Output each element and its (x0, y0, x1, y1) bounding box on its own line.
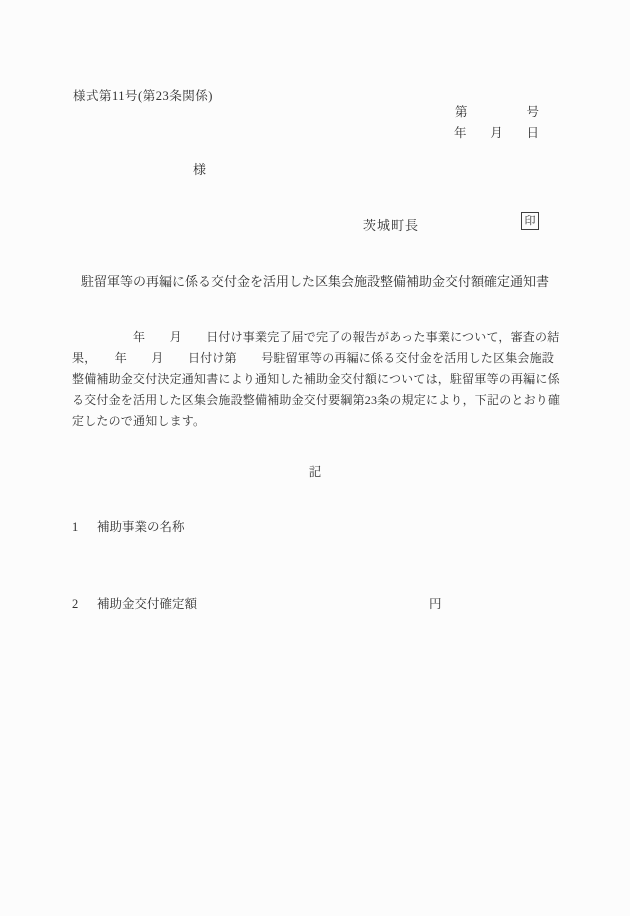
sender-title: 茨城町長 (363, 215, 419, 234)
addressee-honorific: 様 (193, 159, 206, 178)
item-2-unit-label: 円 (429, 594, 442, 612)
body-line-4: る交付金を活用した区集会施設整備補助金交付要綱第23条の規定により，下記のとおり… (72, 390, 562, 411)
date-day-label: 日 (526, 123, 539, 141)
doc-number-suffix: 号 (526, 102, 539, 120)
date-year-label: 年 (454, 123, 467, 141)
document-page: 様式第11号(第23条関係) 第 号 年 月 日 様 茨城町長 印 駐留軍等の再… (0, 0, 630, 916)
body-line-2: 果， 年 月 日付け第 号駐留軍等の再編に係る交付金を活用した区集会施設 (72, 348, 562, 369)
item-1-number: 1 (72, 520, 97, 535)
seal-placeholder-box: 印 (521, 212, 539, 230)
item-1-label: 補助事業の名称 (97, 520, 185, 534)
list-item-1: 1補助事業の名称 (72, 517, 185, 535)
form-number: 様式第11号(第23条関係) (73, 86, 213, 104)
doc-number-prefix: 第 (455, 102, 468, 120)
record-marker: 記 (0, 462, 630, 480)
seal-label: 印 (525, 216, 536, 227)
doc-number-line: 第 号 (455, 102, 539, 120)
document-title: 駐留軍等の再編に係る交付金を活用した区集会施設整備補助金交付額確定通知書 (0, 271, 630, 290)
item-2-number: 2 (72, 597, 97, 612)
date-line: 年 月 日 (454, 123, 539, 141)
list-item-2: 2補助金交付確定額 (72, 594, 197, 612)
body-line-1: 年 月 日付け事業完了届で完了の報告があった事業について，審査の結 (72, 327, 562, 348)
item-2-label: 補助金交付確定額 (97, 597, 197, 611)
body-line-3: 整備補助金交付決定通知書により通知した補助金交付額については，駐留軍等の再編に係 (72, 369, 562, 390)
date-month-label: 月 (490, 123, 503, 141)
body-line-5: 定したので通知します。 (72, 411, 562, 432)
body-paragraph: 年 月 日付け事業完了届で完了の報告があった事業について，審査の結 果， 年 月… (72, 327, 562, 432)
